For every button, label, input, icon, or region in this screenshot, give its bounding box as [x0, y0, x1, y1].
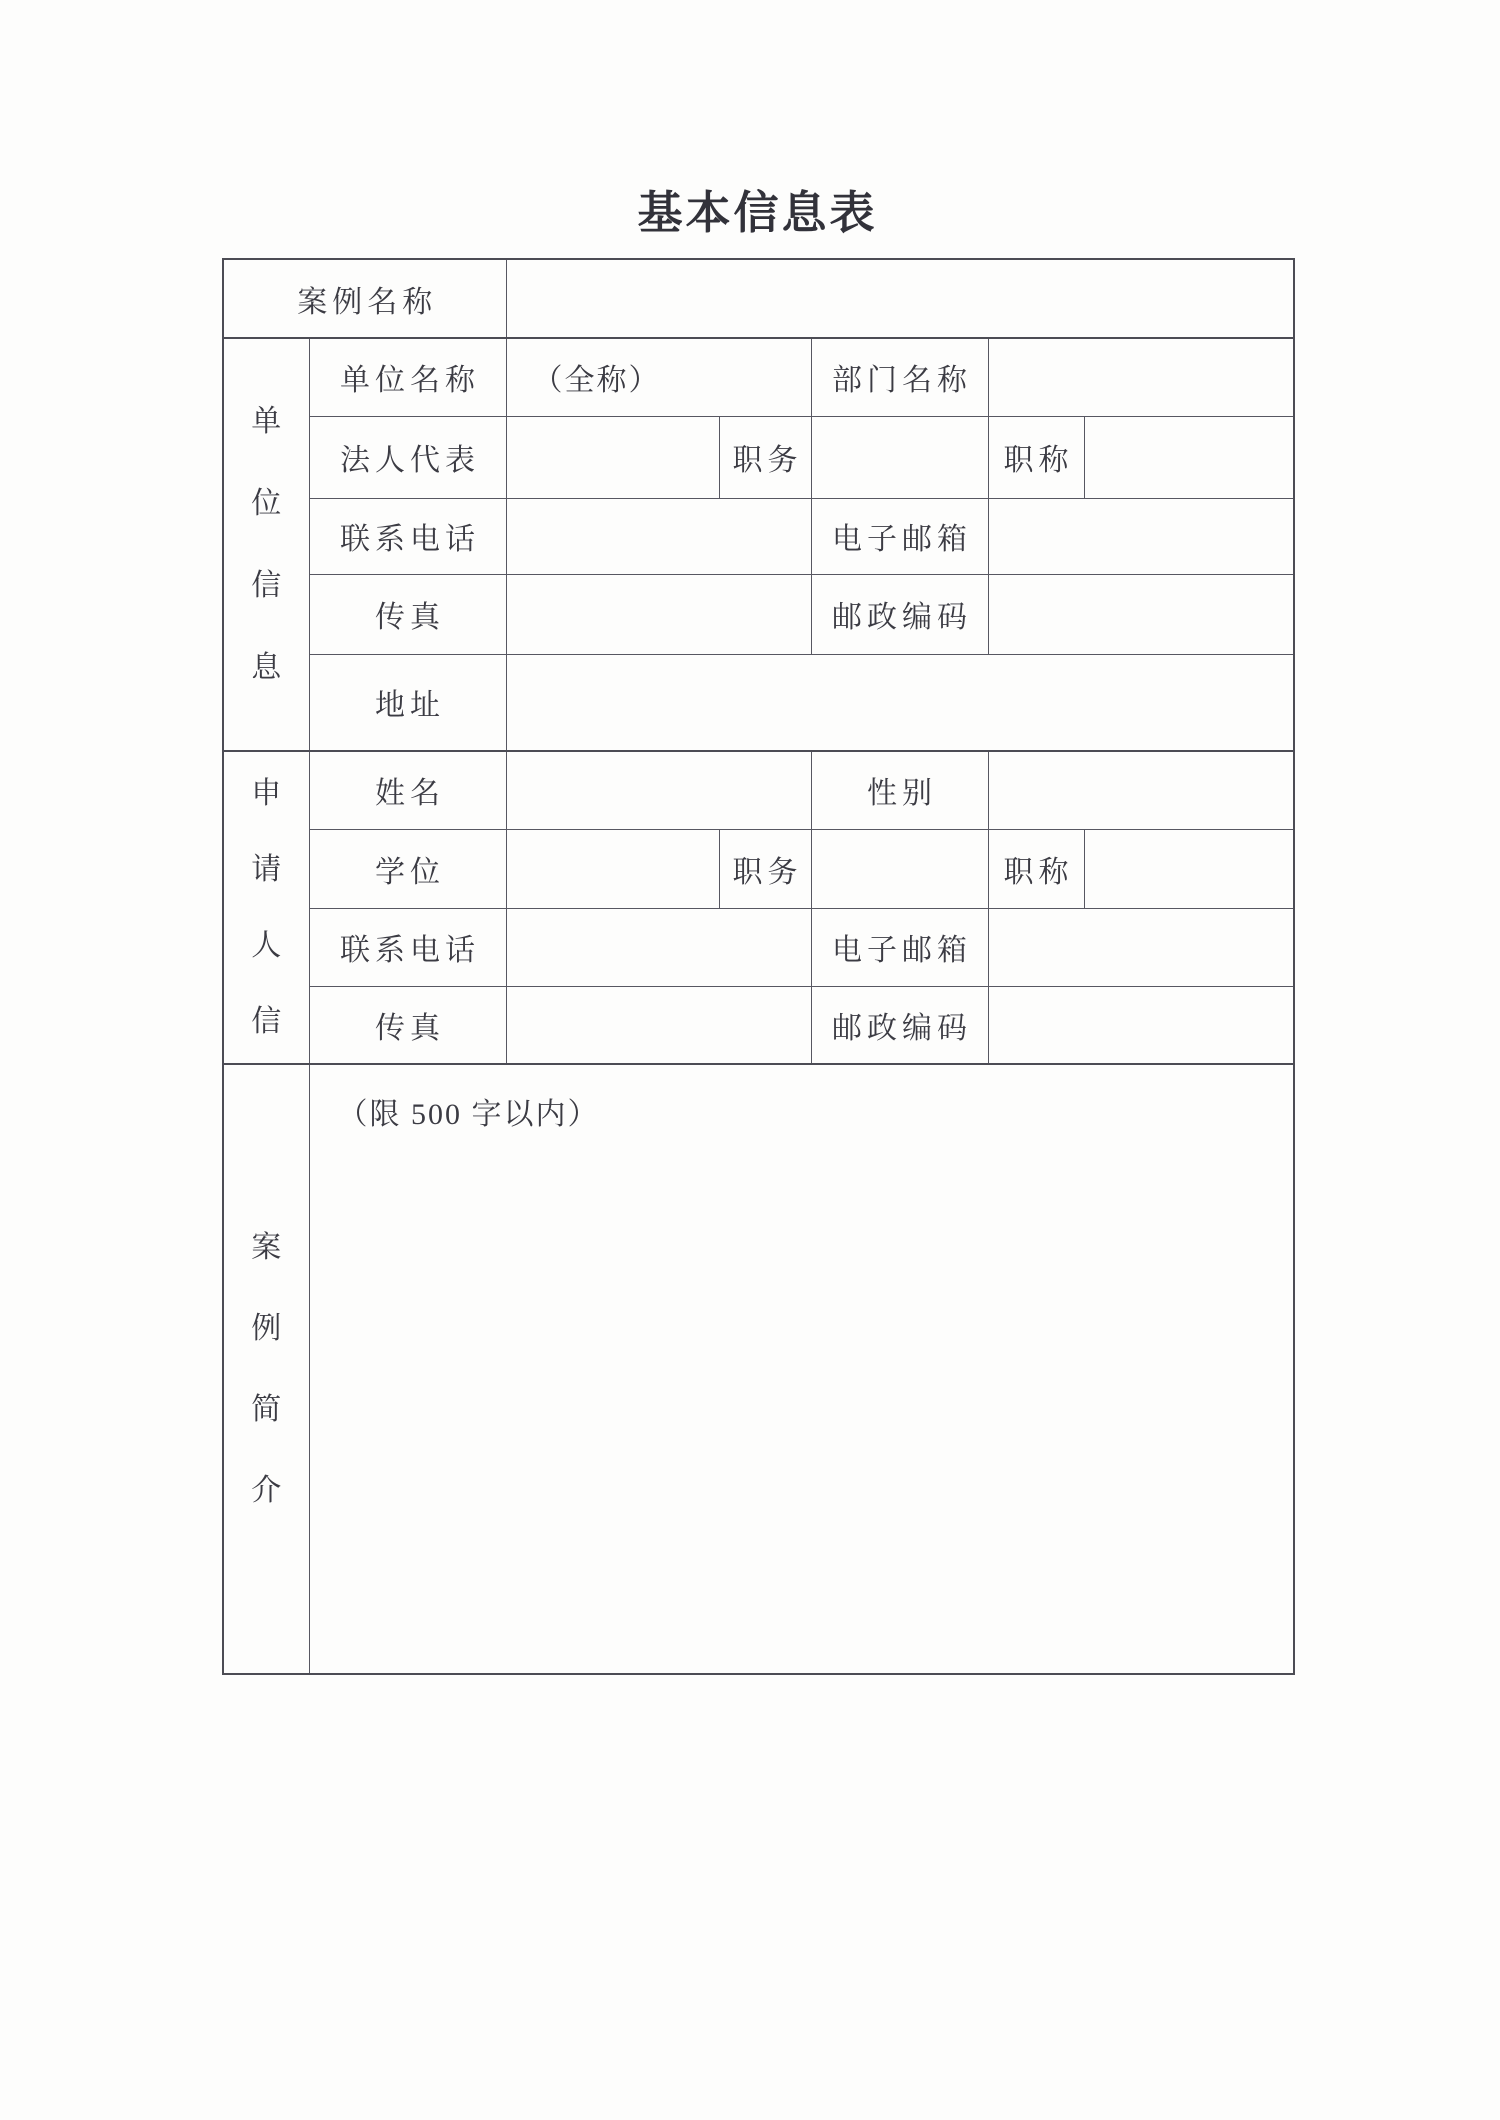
summary-section-char-1: 案: [251, 1232, 281, 1264]
case-name-label: 案例名称: [223, 259, 506, 338]
applicant-section-vertical-label: 申 请 人 信: [224, 752, 309, 1063]
applicant-position-label: 职务: [719, 829, 811, 908]
unit-postal-code-value-cell: [988, 574, 1294, 654]
applicant-section-char-2: 请: [251, 854, 281, 886]
unit-prof-title-label: 职称: [988, 416, 1084, 498]
applicant-section-char-4: 信: [251, 1006, 281, 1038]
applicant-phone-label: 联系电话: [309, 908, 506, 986]
legal-rep-value-cell: [506, 416, 719, 498]
summary-word-limit-hint: （限 500 字以内）: [338, 1098, 600, 1131]
scanned-form-page: 基本信息表 案例名称 单 位 信 息: [0, 0, 1500, 2120]
unit-section-char-2: 位: [251, 488, 281, 520]
unit-position-value-cell: [811, 416, 988, 498]
summary-section-char-3: 简: [251, 1394, 281, 1426]
unit-fax-value-cell: [506, 574, 811, 654]
applicant-email-value-cell: [988, 908, 1294, 986]
unit-phone-value-cell: [506, 498, 811, 574]
applicant-section-char-3: 人: [251, 930, 281, 962]
unit-address-label: 地址: [309, 654, 506, 751]
applicant-postal-code-value-cell: [988, 986, 1294, 1064]
unit-email-label: 电子邮箱: [811, 498, 988, 574]
applicant-fax-label: 传真: [309, 986, 506, 1064]
basic-info-table: 案例名称 单 位 信 息 单位名称 （全称） 部门名称 法人代表 职务 职称: [222, 258, 1295, 1675]
applicant-name-label: 姓名: [309, 751, 506, 829]
unit-name-value-cell: （全称）: [506, 338, 811, 416]
unit-fax-label: 传真: [309, 574, 506, 654]
case-name-value-cell: [506, 259, 1294, 338]
applicant-postal-code-label: 邮政编码: [811, 986, 988, 1064]
unit-section-char-1: 单: [251, 406, 281, 438]
applicant-prof-title-value-cell: [1084, 829, 1294, 908]
applicant-degree-label: 学位: [309, 829, 506, 908]
unit-section-char-3: 信: [251, 570, 281, 602]
legal-rep-label: 法人代表: [309, 416, 506, 498]
unit-address-value-cell: [506, 654, 1294, 751]
summary-section-char-2: 例: [251, 1313, 281, 1345]
applicant-phone-value-cell: [506, 908, 811, 986]
dept-name-value-cell: [988, 338, 1294, 416]
applicant-email-label: 电子邮箱: [811, 908, 988, 986]
unit-postal-code-label: 邮政编码: [811, 574, 988, 654]
summary-section-vertical-label: 案 例 简 介: [224, 1065, 309, 1673]
summary-section-char-4: 介: [251, 1475, 281, 1507]
summary-content-cell: （限 500 字以内）: [309, 1064, 1294, 1674]
unit-position-label: 职务: [719, 416, 811, 498]
applicant-gender-label: 性别: [811, 751, 988, 829]
applicant-degree-value-cell: [506, 829, 719, 908]
applicant-section-label-cell: 申 请 人 信: [223, 751, 309, 1064]
unit-section-vertical-label: 单 位 信 息: [224, 339, 309, 750]
applicant-name-value-cell: [506, 751, 811, 829]
applicant-prof-title-label: 职称: [988, 829, 1084, 908]
applicant-section-char-1: 申: [251, 778, 281, 810]
dept-name-label: 部门名称: [811, 338, 988, 416]
applicant-fax-value-cell: [506, 986, 811, 1064]
unit-prof-title-value-cell: [1084, 416, 1294, 498]
unit-email-value-cell: [988, 498, 1294, 574]
unit-phone-label: 联系电话: [309, 498, 506, 574]
summary-section-label-cell: 案 例 简 介: [223, 1064, 309, 1674]
applicant-position-value-cell: [811, 829, 988, 908]
applicant-gender-value-cell: [988, 751, 1294, 829]
unit-section-char-4: 息: [251, 652, 281, 684]
page-title: 基本信息表: [222, 176, 1293, 241]
unit-name-label: 单位名称: [309, 338, 506, 416]
unit-section-label-cell: 单 位 信 息: [223, 338, 309, 751]
